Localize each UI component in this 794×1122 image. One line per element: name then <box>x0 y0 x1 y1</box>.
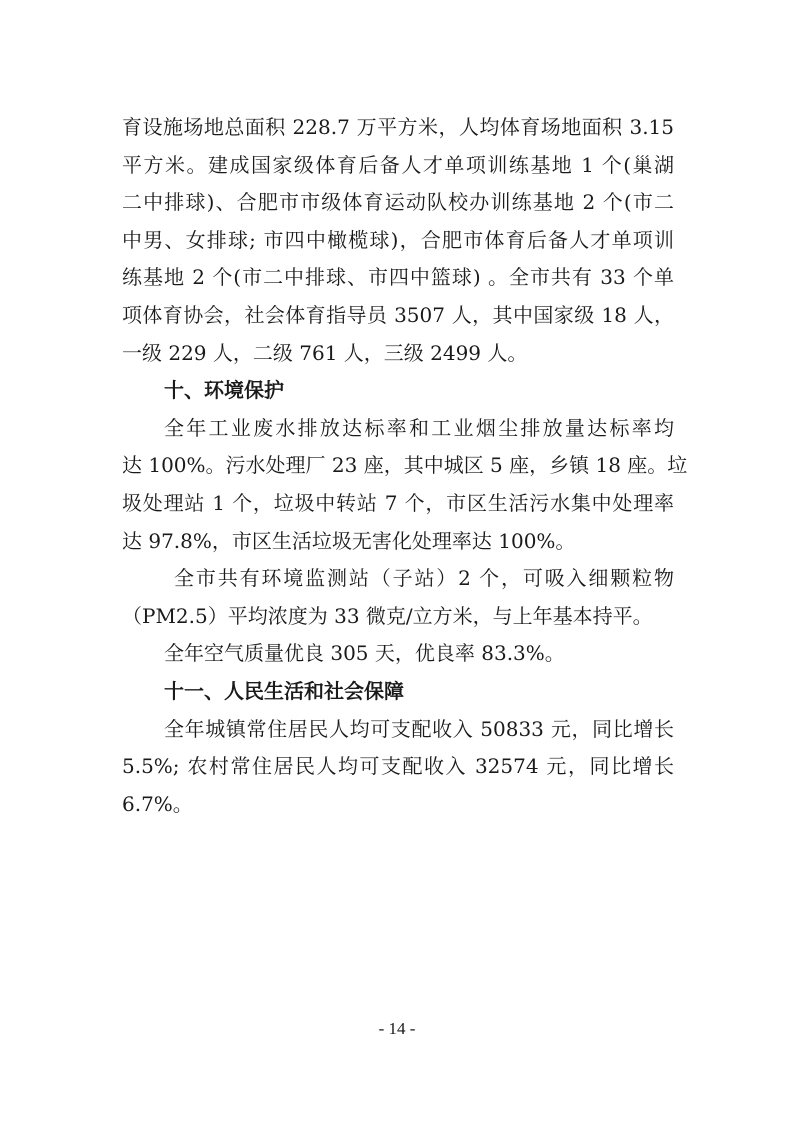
paragraph-line: 全年工业废水排放达标率和工业烟尘排放量达标率均 <box>122 410 674 448</box>
paragraph-line: 全年城镇常住居民人均可支配收入 50833 元，同比增长 <box>122 711 674 749</box>
paragraph-line: 6.7%。 <box>122 786 674 824</box>
paragraph-line: 育设施场地总面积 228.7 万平方米，人均体育场地面积 3.15 <box>122 109 674 147</box>
paragraph-line: 平方米。建成国家级体育后备人才单项训练基地 1 个(巢湖 <box>122 147 674 185</box>
section-heading-livelihood: 十一、人民生活和社会保障 <box>122 673 674 711</box>
page-content: 育设施场地总面积 228.7 万平方米，人均体育场地面积 3.15 平方米。建成… <box>122 109 674 823</box>
document-page: 育设施场地总面积 228.7 万平方米，人均体育场地面积 3.15 平方米。建成… <box>0 0 794 1122</box>
paragraph-line: 全市共有环境监测站（子站）2 个，可吸入细颗粒物 <box>122 560 674 598</box>
paragraph-line: 中男、女排球; 市四中橄榄球)，合肥市体育后备人才单项训 <box>122 222 674 260</box>
page-number: - 14 - <box>0 1019 794 1039</box>
paragraph-line: 二中排球)、合肥市市级体育运动队校办训练基地 2 个(市二 <box>122 184 674 222</box>
section-heading-environment: 十、环境保护 <box>122 372 674 410</box>
paragraph-line: 项体育协会，社会体育指导员 3507 人，其中国家级 18 人， <box>122 297 674 335</box>
paragraph-line: 练基地 2 个(市二中排球、市四中篮球) 。全市共有 33 个单 <box>122 259 674 297</box>
paragraph-line: 达 97.8%，市区生活垃圾无害化处理率达 100%。 <box>122 523 674 561</box>
paragraph-line: 一级 229 人，二级 761 人，三级 2499 人。 <box>122 335 674 373</box>
paragraph-line: 达 100%。污水处理厂 23 座，其中城区 5 座，乡镇 18 座。垃 <box>122 447 674 485</box>
paragraph-line: 圾处理站 1 个，垃圾中转站 7 个，市区生活污水集中处理率 <box>122 485 674 523</box>
paragraph-line: 5.5%; 农村常住居民人均可支配收入 32574 元，同比增长 <box>122 748 674 786</box>
paragraph-line: （PM2.5）平均浓度为 33 微克/立方米，与上年基本持平。 <box>122 598 674 636</box>
paragraph-line: 全年空气质量优良 305 天，优良率 83.3%。 <box>122 635 674 673</box>
